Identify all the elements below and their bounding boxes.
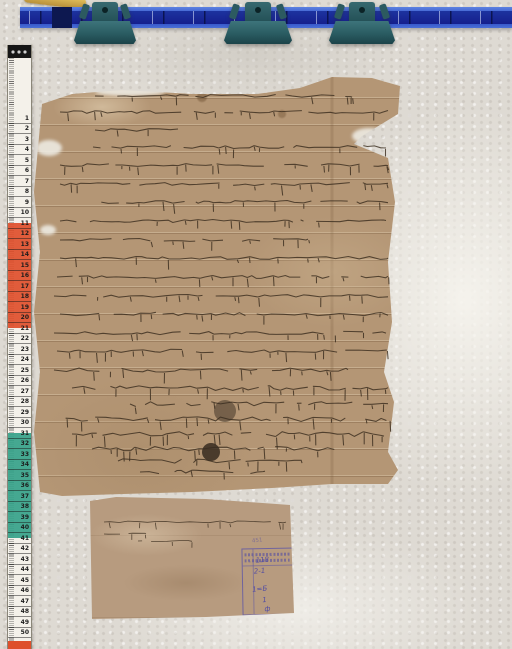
ruler-number: 11 [21,220,29,227]
ruler-cm-tick [8,438,31,439]
ruler-cm-tick [8,322,31,323]
ruler-number: 43 [21,556,29,563]
ruler-number: 29 [21,409,29,416]
ruler-cm-tick [8,469,31,470]
ruler-number: 13 [21,241,29,248]
ruler-cm-tick [8,574,31,575]
ruler-cm-tick [8,448,31,449]
catalog-slip: 1182-11=Б1ф 451 [86,495,298,623]
ruler-cm-tick [8,312,31,313]
stamp-grid-line [243,565,294,567]
stamp-value: 2-1 [253,567,265,576]
ruler-number: 16 [21,272,29,279]
ruler-cm-tick [8,417,31,418]
clip-lever [120,3,131,19]
ruler-cm-tick [8,259,31,260]
clip-hole [255,7,261,13]
ruler-cm-tick [8,627,31,628]
ruler-cm-tick [8,427,31,428]
vertical-ruler: 1234567891011121314151617181920212223242… [7,45,32,649]
ruler-number: 31 [21,430,29,437]
ruler-number: 15 [21,262,29,269]
clip-lever [229,3,240,19]
stamp-value: 1=Б [252,585,268,594]
ruler-number: 1 [25,115,29,122]
clip-lever [276,3,287,19]
clip-lever [379,3,390,19]
ruler-number: 33 [21,451,29,458]
ruler-cm-tick [8,511,31,512]
ruler-cm-tick [8,501,31,502]
ruler-cm-tick [8,165,31,166]
ruler-number: 14 [21,251,29,258]
ruler-cm-tick [8,133,31,134]
ruler-cm-tick [8,301,31,302]
ruler-cm-tick [8,385,31,386]
stamp-value: 1 [262,596,267,604]
ruler-cm-tick [8,186,31,187]
ruler-number: 5 [25,157,29,164]
ruler-number: 2 [25,125,29,132]
ruler-number: 26 [21,377,29,384]
tape-end-cap [52,7,72,28]
ruler-cm-tick [8,228,31,229]
ruler-cm-tick [8,364,31,365]
torn-patch [40,225,56,235]
ruler-number: 20 [21,314,29,321]
ruler-number: 39 [21,514,29,521]
clip-lever [79,3,90,19]
ruler-number: 17 [21,283,29,290]
ruler-number: 23 [21,346,29,353]
ruler-cm-tick [8,249,31,250]
ruler-number: 37 [21,493,29,500]
ruler-cm-tick [8,585,31,586]
ruler-number: 45 [21,577,29,584]
stamp-value: ф [264,605,271,613]
ruler-number: 34 [21,461,29,468]
ruler-number: 28 [21,398,29,405]
clip-body [329,21,395,44]
ruler-number: 48 [21,608,29,615]
binder-clip [329,2,395,44]
ruler-cm-tick [8,532,31,533]
clip-body [74,21,136,44]
ruler-cm-tick [8,637,31,638]
ruler-number: 10 [21,209,29,216]
clip-lever [334,3,345,19]
ruler-cm-tick [8,154,31,155]
ruler-tip [8,641,31,649]
ruler-cm-tick [8,490,31,491]
ruler-number: 7 [25,178,29,185]
ruler-number: 41 [21,535,29,542]
clip-hole [359,7,365,13]
ruler-number: 3 [25,136,29,143]
ruler-cap [8,45,31,58]
ruler-number: 38 [21,503,29,510]
archive-stamp: 1182-11=Б1ф [241,548,295,616]
clip-hole [102,7,108,13]
ruler-number: 44 [21,566,29,573]
ruler-number: 12 [21,230,29,237]
ruler-number: 9 [25,199,29,206]
ruler-number: 6 [25,167,29,174]
ruler-number: 24 [21,356,29,363]
torn-patch [36,140,62,156]
ruler-cm-tick [8,238,31,239]
ruler-number: 21 [21,325,29,332]
ruler-number: 49 [21,619,29,626]
ruler-cm-tick [8,616,31,617]
ruler-number: 35 [21,472,29,479]
ruler-cm-tick [8,270,31,271]
ruler-cm-tick [8,522,31,523]
ruler-cm-tick [8,606,31,607]
ruler-cm-tick [8,459,31,460]
ruler-number: 42 [21,545,29,552]
ruler-number: 50 [21,629,29,636]
binder-clip [74,2,136,44]
ruler-cm-tick [8,280,31,281]
ruler-number: 8 [25,188,29,195]
ruler-number: 4 [25,146,29,153]
ruler-cm-tick [8,343,31,344]
ruler-number: 36 [21,482,29,489]
ruler-cm-tick [8,217,31,218]
ruler-cm-tick [8,354,31,355]
stamp-value: 118 [255,556,269,565]
ruler-cm-tick [8,196,31,197]
ruler-cm-tick [8,543,31,544]
pencil-mark: 451 [252,537,263,544]
binder-clip [224,2,292,44]
ruler-cm-tick [8,207,31,208]
ruler-cm-tick [8,480,31,481]
ruler-cm-tick [8,144,31,145]
clip-body [224,21,292,44]
ruler-number: 25 [21,367,29,374]
ruler-number: 40 [21,524,29,531]
photo-stage: 1234567891011121314151617181920212223242… [0,0,512,649]
ruler-cm-tick [8,553,31,554]
ruler-number: 19 [21,304,29,311]
ruler-number: 22 [21,335,29,342]
ruler-number: 47 [21,598,29,605]
ruler-cm-tick [8,123,31,124]
ruler-cm-tick [8,375,31,376]
ruler-cm-tick [8,291,31,292]
ruler-cm-tick [8,564,31,565]
ruler-number: 18 [21,293,29,300]
ruler-number: 27 [21,388,29,395]
ruler-number: 32 [21,440,29,447]
ruler-cm-tick [8,595,31,596]
ruler-cm-tick [8,175,31,176]
ruler-cm-tick [8,333,31,334]
ruler-number: 46 [21,587,29,594]
ruler-cm-tick [8,406,31,407]
ruler-number: 30 [21,419,29,426]
ruler-cm-tick [8,396,31,397]
manuscript-document [32,72,412,500]
